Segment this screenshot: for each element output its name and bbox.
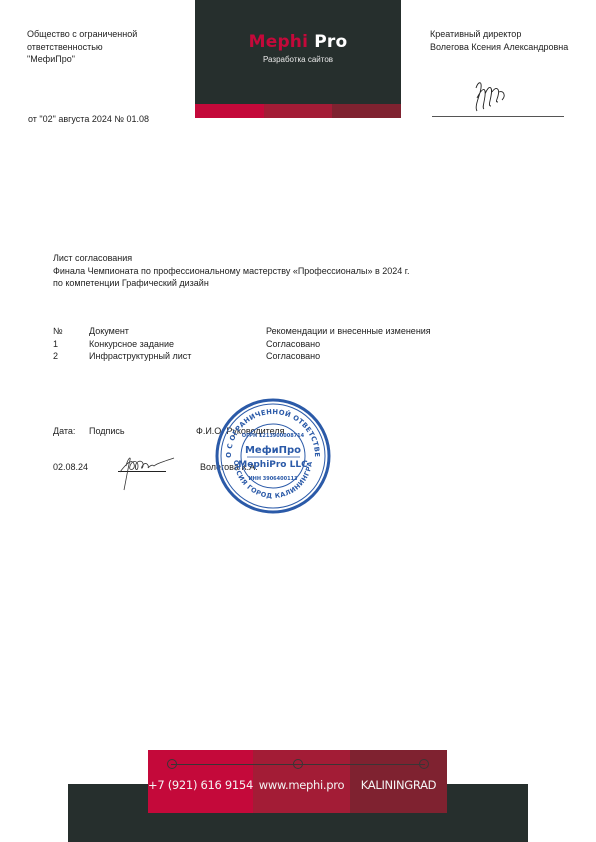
date-value: 02.08.24 <box>53 462 88 472</box>
svg-text:МефиПро: МефиПро <box>245 444 301 456</box>
footer-phone[interactable]: +7 (921) 616 9154 <box>148 750 253 813</box>
org-line-3: "МефиПро" <box>27 53 187 66</box>
row-status: Согласовано <box>266 338 466 351</box>
logo-color-stripes <box>195 104 401 118</box>
title-line-1: Лист согласования <box>53 252 409 265</box>
svg-text:ИНН 3906400113: ИНН 3906400113 <box>248 476 298 482</box>
stripe-3 <box>332 104 401 118</box>
footer-dot-icon <box>419 759 429 769</box>
director-name: Волегова Ксения Александровна <box>430 41 590 54</box>
footer-city: KALININGRAD <box>350 750 447 813</box>
director-signature-line <box>432 116 564 117</box>
documents-table: № Документ Рекомендации и внесенные изме… <box>53 325 466 363</box>
brand-logo: Mephi Pro <box>195 32 401 52</box>
header-number: № <box>53 325 89 338</box>
table-row: 2 Инфраструктурный лист Согласовано <box>53 350 466 363</box>
row-number: 1 <box>53 338 89 351</box>
org-line-2: ответственностью <box>27 41 187 54</box>
logo-block: Mephi Pro Разработка сайтов <box>195 0 401 104</box>
row-document: Конкурсное задание <box>89 338 266 351</box>
footer-dot-icon <box>293 759 303 769</box>
author-signature-icon <box>116 452 178 492</box>
date-label: Дата: <box>53 426 75 436</box>
svg-text:MephiPro LLC: MephiPro LLC <box>238 460 308 470</box>
brand-mephi: Mephi <box>249 32 309 52</box>
header-document: Документ <box>89 325 266 338</box>
organization-name: Общество с ограниченной ответственностью… <box>27 28 187 66</box>
director-signature-icon <box>468 78 512 114</box>
document-reference: от "02" августа 2024 № 01.08 <box>28 114 149 124</box>
company-stamp-icon: ОБЩЕСТВО С ОГРАНИЧЕННОЙ ОТВЕТСТВЕННОСТЬЮ… <box>214 397 332 515</box>
brand-tagline: Разработка сайтов <box>195 55 401 64</box>
footer-dot-icon <box>167 759 177 769</box>
row-document: Инфраструктурный лист <box>89 350 266 363</box>
signature-label: Подпись <box>89 426 125 436</box>
director-block: Креативный директор Волегова Ксения Алек… <box>430 28 590 53</box>
org-line-1: Общество с ограниченной <box>27 28 187 41</box>
brand-pro: Pro <box>314 32 347 52</box>
row-status: Согласовано <box>266 350 466 363</box>
table-row: 1 Конкурсное задание Согласовано <box>53 338 466 351</box>
header-recommendations: Рекомендации и внесенные изменения <box>266 325 466 338</box>
stripe-1 <box>195 104 264 118</box>
title-line-2: Финала Чемпионата по профессиональному м… <box>53 265 409 278</box>
svg-text:ОГРН 1213900008714: ОГРН 1213900008714 <box>242 433 305 439</box>
title-line-3: по компетенции Графический дизайн <box>53 277 409 290</box>
table-header: № Документ Рекомендации и внесенные изме… <box>53 325 466 338</box>
director-position: Креативный директор <box>430 28 590 41</box>
stripe-2 <box>264 104 333 118</box>
row-number: 2 <box>53 350 89 363</box>
approval-sheet-title: Лист согласования Финала Чемпионата по п… <box>53 252 409 290</box>
